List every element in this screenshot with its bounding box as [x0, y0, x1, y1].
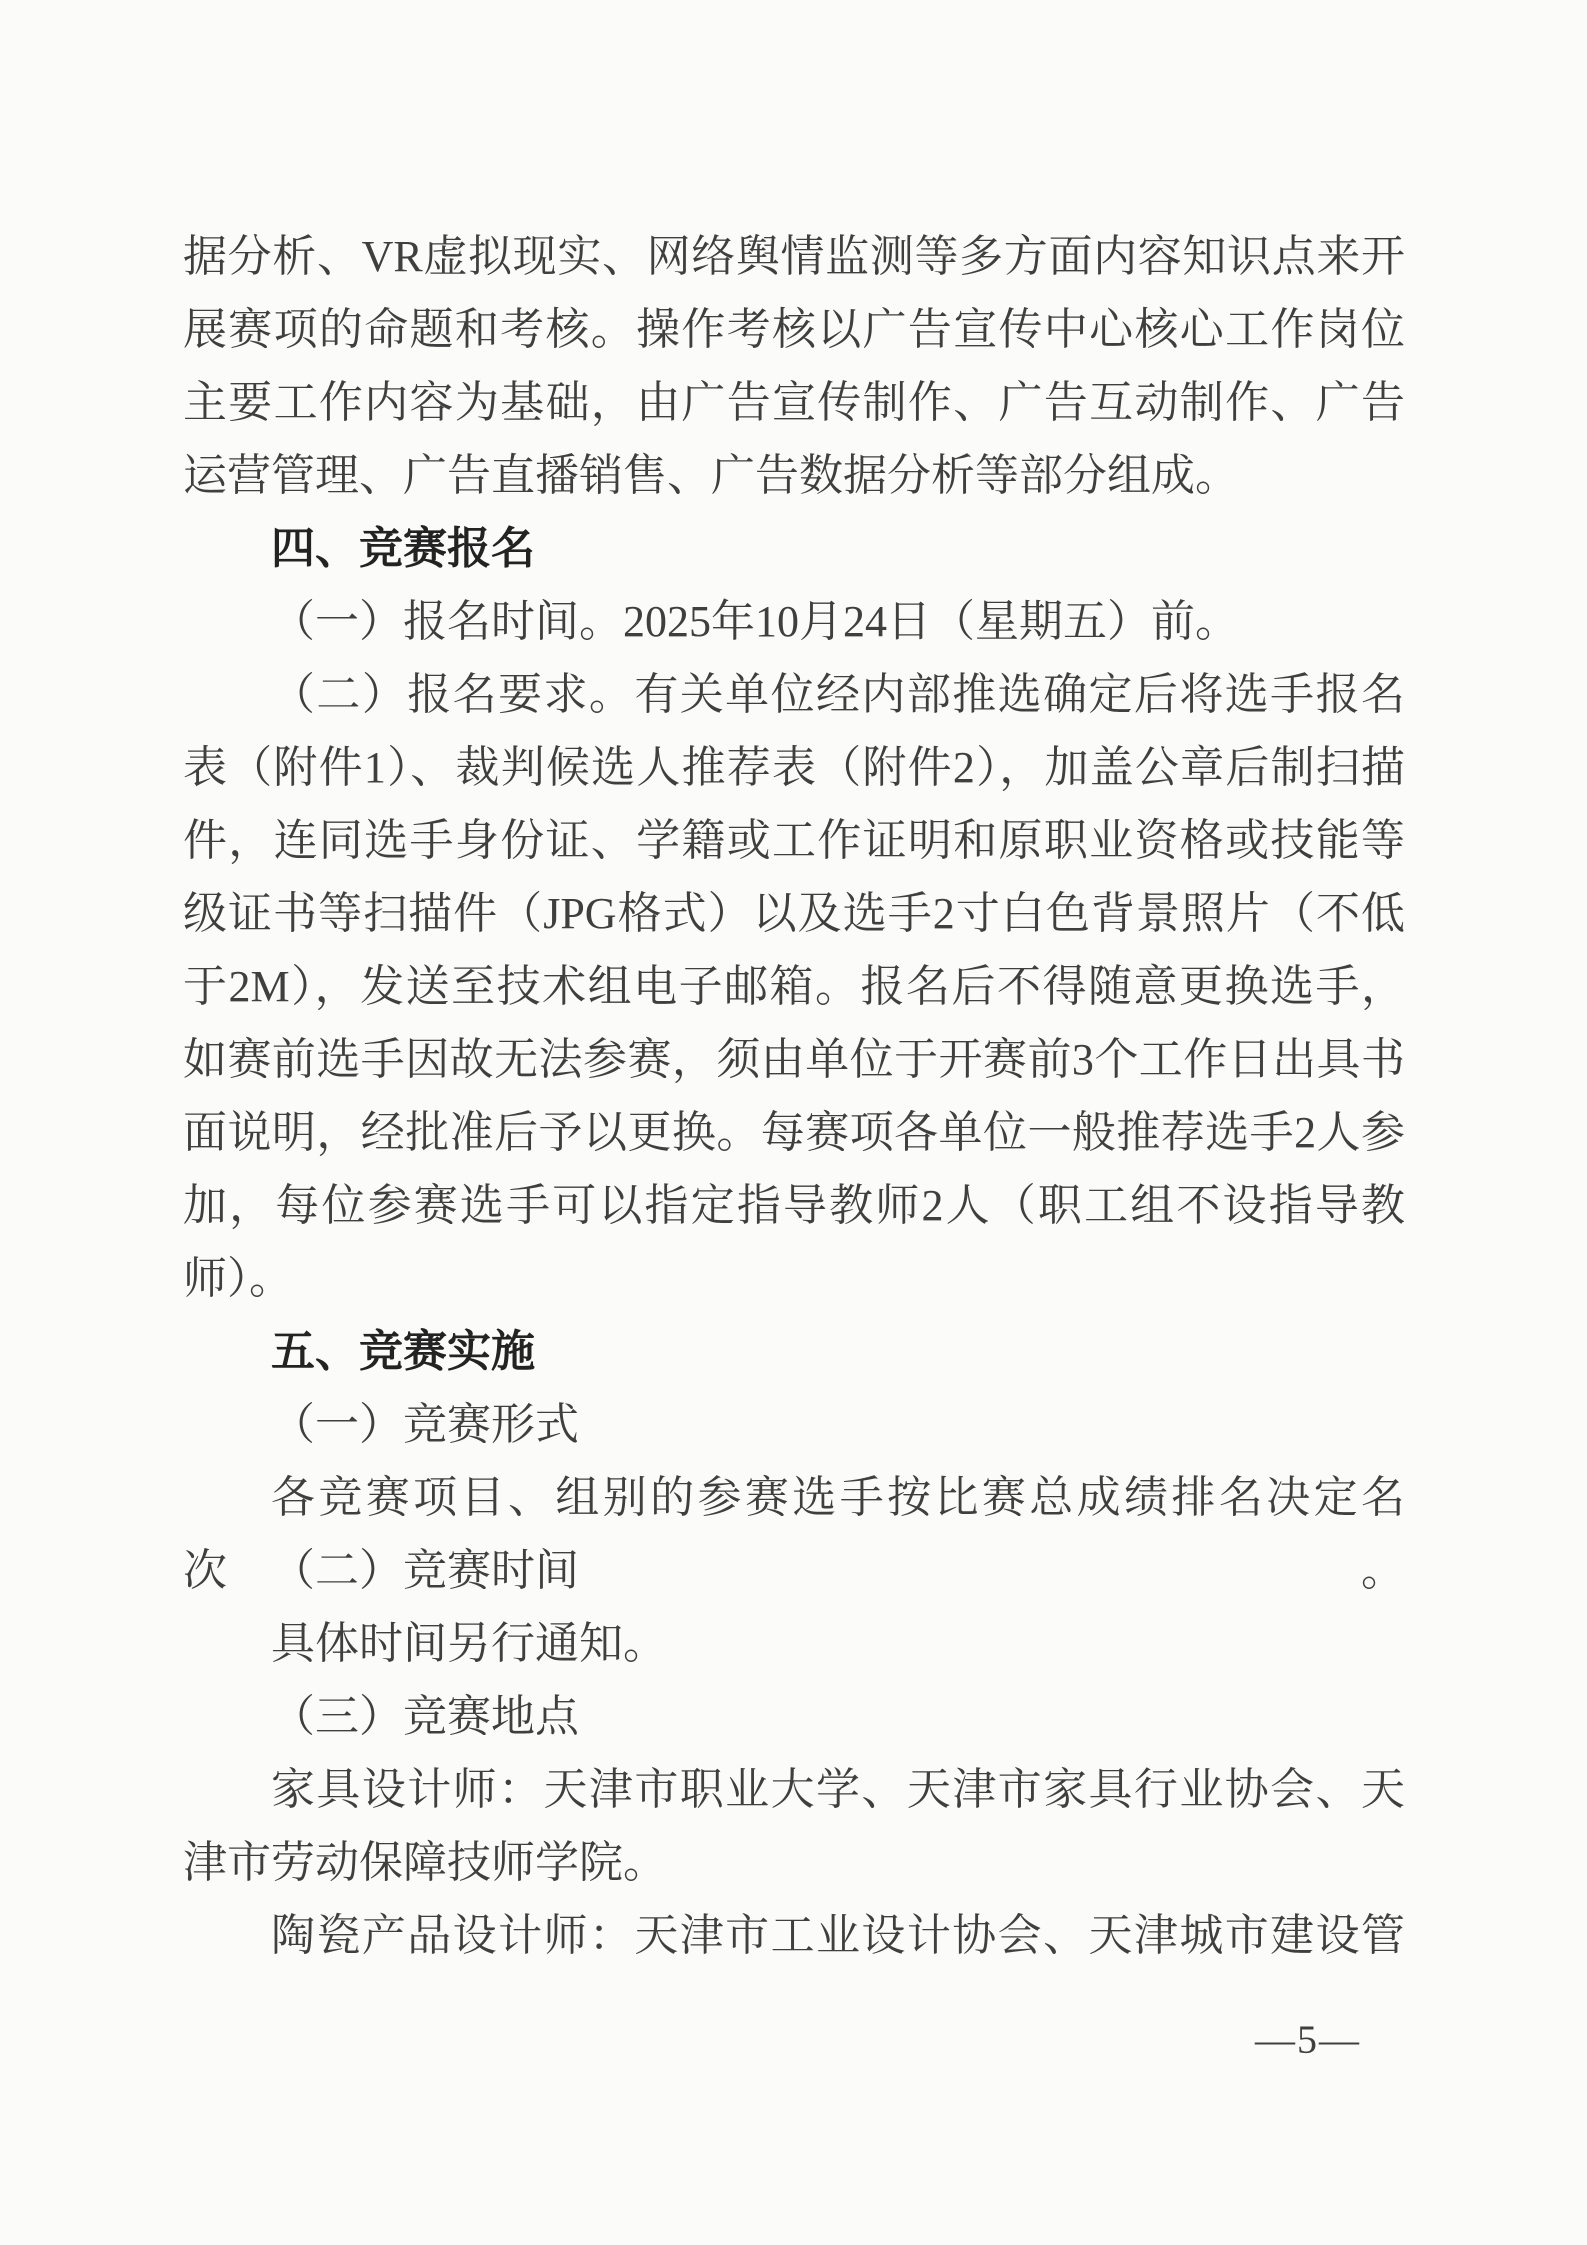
page-number: —5— — [1255, 2016, 1415, 2064]
document-page: 据分析、VR虚拟现实、网络舆情监测等多方面内容知识点来开 展赛项的命题和考核。操… — [0, 0, 1587, 2245]
body-line: 师）。 — [183, 1242, 1405, 1315]
body-line: 展赛项的命题和考核。操作考核以广告宣传中心核心工作岗位 — [183, 293, 1405, 366]
body-line: 津市劳动保障技师学院。 — [183, 1826, 1405, 1899]
body-line: 运营管理、广告直播销售、广告数据分析等部分组成。 — [183, 439, 1405, 512]
document-body: 据分析、VR虚拟现实、网络舆情监测等多方面内容知识点来开 展赛项的命题和考核。操… — [183, 220, 1405, 1972]
body-line: 面说明，经批准后予以更换。每赛项各单位一般推荐选手2人参 — [183, 1096, 1405, 1169]
body-line: 加，每位参赛选手可以指定指导教师2人（职工组不设指导教 — [183, 1169, 1405, 1242]
body-line: 陶瓷产品设计师：天津市工业设计协会、天津城市建设管 — [183, 1899, 1405, 1972]
body-line: 具体时间另行通知。 — [183, 1607, 1405, 1680]
body-line: 如赛前选手因故无法参赛，须由单位于开赛前3个工作日出具书 — [183, 1023, 1405, 1096]
body-line: 件，连同选手身份证、学籍或工作证明和原职业资格或技能等 — [183, 804, 1405, 877]
body-line: （二）报名要求。有关单位经内部推选确定后将选手报名 — [183, 658, 1405, 731]
body-line: 于2M），发送至技术组电子邮箱。报名后不得随意更换选手， — [183, 950, 1405, 1023]
body-line: 据分析、VR虚拟现实、网络舆情监测等多方面内容知识点来开 — [183, 220, 1405, 293]
subsection-line: （一）竞赛形式 — [183, 1388, 1405, 1461]
body-line: 家具设计师：天津市职业大学、天津市家具行业协会、天 — [183, 1753, 1405, 1826]
body-line: 主要工作内容为基础，由广告宣传制作、广告互动制作、广告 — [183, 366, 1405, 439]
section-heading-4: 四、竞赛报名 — [183, 512, 1405, 585]
body-line: （一）报名时间。2025年10月24日（星期五）前。 — [183, 585, 1405, 658]
body-line: 表（附件1）、裁判候选人推荐表（附件2），加盖公章后制扫描 — [183, 731, 1405, 804]
body-line: 级证书等扫描件（JPG格式）以及选手2寸白色背景照片（不低 — [183, 877, 1405, 950]
body-line: 各竞赛项目、组别的参赛选手按比赛总成绩排名决定名次。 — [183, 1461, 1405, 1534]
subsection-line: （三）竞赛地点 — [183, 1680, 1405, 1753]
section-heading-5: 五、竞赛实施 — [183, 1315, 1405, 1388]
